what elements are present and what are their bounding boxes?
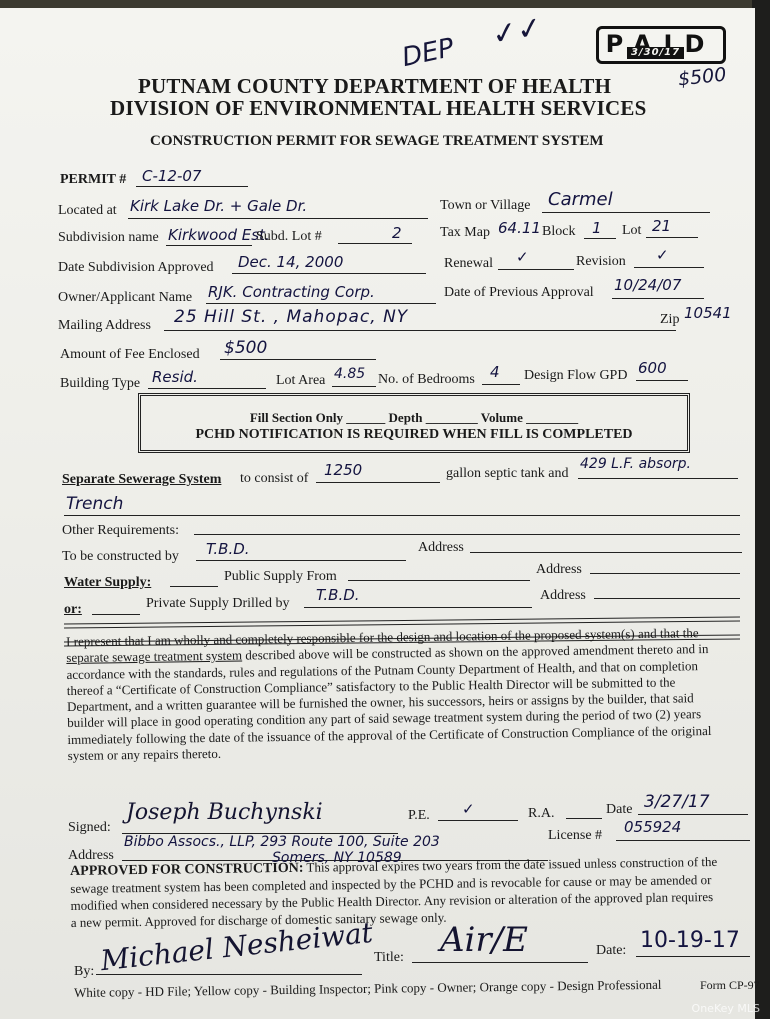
absorption-value: 429 L.F. absorp.	[580, 456, 691, 472]
zip-label: Zip	[660, 312, 679, 328]
mailing-value: 25 Hill St. , Mahopac, NY	[174, 307, 408, 327]
tank-value: 1250	[324, 461, 362, 479]
subd-lot-label: Subd. Lot #	[256, 229, 322, 245]
owner-label: Owner/Applicant Name	[58, 290, 192, 306]
division-title: DIVISION OF ENVIRONMENTAL HEALTH SERVICE…	[110, 96, 646, 121]
form-title: CONSTRUCTION PERMIT FOR SEWAGE TREATMENT…	[150, 133, 604, 150]
separate-sewerage-label: Separate Sewerage System	[62, 472, 221, 488]
building-type-value: Resid.	[152, 368, 198, 386]
building-type-label: Building Type	[60, 376, 140, 392]
pe-label: P.E.	[408, 808, 430, 824]
form-number: Form CP-97	[700, 978, 760, 993]
tank-label: gallon septic tank and	[446, 466, 568, 482]
zip-value: 10541	[684, 304, 732, 322]
water-supply-label: Water Supply:	[64, 575, 151, 591]
private-supply-value: T.B.D.	[316, 586, 360, 604]
fill-section-line: Fill Section Only ______ Depth ________ …	[141, 410, 687, 426]
private-address-label: Address	[540, 588, 586, 604]
paid-stamp-date: 3/30/17	[627, 47, 684, 59]
lot-label: Lot	[622, 223, 641, 239]
constructed-by-value: T.B.D.	[206, 540, 250, 558]
located-label: Located at	[58, 203, 117, 219]
or-label: or:	[64, 602, 82, 618]
engineer-address-value: Bibbo Assocs., LLP, 293 Route 100, Suite…	[124, 834, 440, 850]
other-requirements-label: Other Requirements:	[62, 523, 179, 539]
block-value: 1	[592, 219, 602, 237]
permit-label: PERMIT #	[60, 172, 126, 188]
located-value: Kirk Lake Dr. + Gale Dr.	[130, 197, 307, 215]
approval-date-label: Date:	[596, 943, 626, 959]
approver-title-value: Air/E	[440, 920, 528, 960]
fill-notification-box: Fill Section Only ______ Depth ________ …	[138, 393, 690, 453]
bedrooms-value: 4	[490, 363, 500, 381]
pe-date-value: 3/27/17	[644, 792, 710, 812]
ra-label: R.A.	[528, 806, 554, 822]
renewal-value: ✓	[516, 248, 529, 266]
prev-approval-label: Date of Previous Approval	[444, 285, 594, 301]
paid-stamp: PAID 3/30/17	[596, 26, 726, 64]
design-flow-label: Design Flow GPD	[524, 368, 627, 384]
license-value: 055924	[624, 818, 681, 836]
bedrooms-label: No. of Bedrooms	[378, 372, 475, 388]
engineer-signature: Joseph Buchynski	[126, 800, 323, 825]
revision-value: ✓	[656, 246, 669, 264]
signed-label: Signed:	[68, 820, 111, 836]
prev-approval-value: 10/24/07	[614, 276, 681, 294]
subdivision-value: Kirkwood Est.	[168, 226, 270, 244]
constructed-by-label: To be constructed by	[62, 549, 179, 565]
renewal-label: Renewal	[444, 256, 493, 272]
town-value: Carmel	[548, 189, 613, 210]
owner-value: RJK. Contracting Corp.	[208, 283, 375, 301]
public-supply-label: Public Supply From	[224, 569, 337, 585]
subdivision-label: Subdivision name	[58, 230, 159, 246]
absorption-value-cont: Trench	[66, 494, 123, 514]
pe-value: ✓	[462, 800, 475, 818]
fee-label: Amount of Fee Enclosed	[60, 347, 200, 363]
private-supply-label: Private Supply Drilled by	[146, 596, 290, 612]
date-subdivision-value: Dec. 14, 2000	[238, 253, 343, 271]
design-flow-value: 600	[638, 359, 667, 377]
block-label: Block	[542, 224, 575, 240]
license-label: License #	[548, 828, 602, 844]
fee-value: $500	[224, 338, 267, 358]
by-label: By:	[74, 964, 94, 980]
permit-value: C-12-07	[142, 167, 201, 185]
watermark: OneKey MLS	[692, 1002, 760, 1015]
pe-date-label: Date	[606, 802, 632, 818]
consist-label: to consist of	[240, 471, 308, 487]
constructed-address-label: Address	[418, 540, 464, 556]
approval-date-value: 10-19-17	[640, 928, 740, 953]
tax-map-label: Tax Map	[440, 225, 490, 241]
responsibility-statement: I represent that I am wholly and complet…	[66, 624, 750, 764]
approver-title-label: Title:	[374, 950, 404, 966]
lot-area-label: Lot Area	[276, 373, 325, 389]
mailing-label: Mailing Address	[58, 318, 151, 334]
lot-area-value: 4.85	[334, 366, 365, 382]
date-subdivision-label: Date Subdivision Approved	[58, 260, 214, 276]
town-label: Town or Village	[440, 198, 530, 214]
approval-statement: APPROVED FOR CONSTRUCTION: This approval…	[70, 852, 757, 931]
lot-value: 21	[652, 217, 671, 235]
pchd-notification-line: PCHD NOTIFICATION IS REQUIRED WHEN FILL …	[141, 427, 687, 443]
revision-label: Revision	[576, 254, 626, 270]
subd-lot-value: 2	[392, 224, 402, 242]
public-address-label: Address	[536, 562, 582, 578]
tax-map-value: 64.11	[498, 219, 541, 237]
